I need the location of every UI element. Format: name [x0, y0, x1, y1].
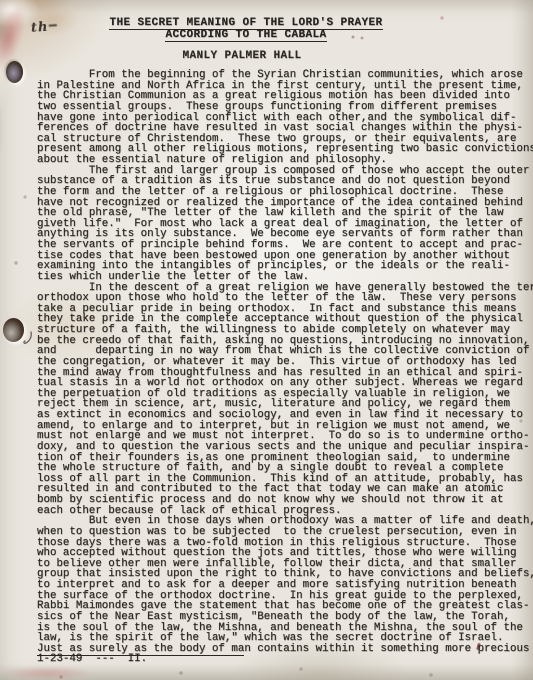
text-line: doxy, and to question the various sects …	[37, 442, 533, 453]
document-title-line-2: ACCORDING TO THE CABALA	[0, 29, 492, 41]
pink-smudge-bottom	[2, 666, 92, 680]
document-header: THE SECRET MEANING OF THE LORD'S PRAYER …	[0, 17, 492, 41]
text-line: the congregation, or whatever it may be.…	[37, 357, 533, 368]
body-lines: From the beginning of the Syrian Christi…	[37, 70, 533, 644]
author-byline: MANLY PALMER HALL	[0, 50, 484, 62]
text-line: ties which underlie the letter of the la…	[37, 272, 533, 283]
text-line: two essential groups. These groups funct…	[37, 102, 533, 113]
date-footer: 1-23-49 --- II.	[37, 654, 533, 665]
punch-hole-top	[6, 61, 23, 83]
document-body: From the beginning of the Syrian Christi…	[37, 70, 533, 665]
dust-speckles	[0, 0, 2, 2]
margin-scribble	[22, 330, 34, 351]
text-line: sics of the Near East mysticism, "Beneat…	[37, 612, 533, 623]
punch-hole-middle	[3, 318, 24, 342]
text-line: the form and the letter of a religious o…	[37, 187, 533, 198]
text-line: when to question was to be subjected to …	[37, 527, 533, 538]
document-title-line-1: THE SECRET MEANING OF THE LORD'S PRAYER	[0, 17, 492, 29]
scanned-document-page: th THE SECRET MEANING OF THE LORD'S PRAY…	[0, 0, 533, 680]
final-line-rest: n contains within it something more prec…	[244, 643, 529, 655]
